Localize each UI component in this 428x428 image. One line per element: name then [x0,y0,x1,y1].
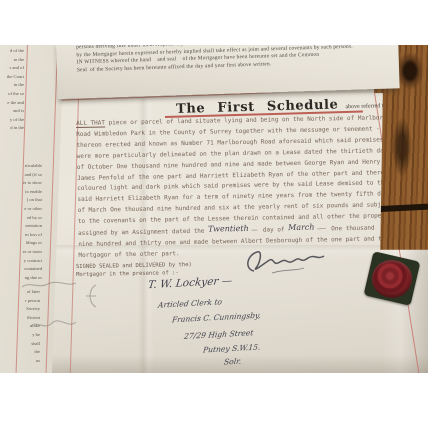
print-fragment: and (if so [0,171,42,180]
print-fragment: s and of [0,64,24,73]
print-fragment: in the [0,81,24,90]
print-fragment: e the and [0,99,24,108]
print-fragment: us [0,357,40,366]
witness-firm: Francis C. Cunningsby, [172,311,262,325]
date-line-pre: assigned by an Assignment dated the [78,228,208,237]
typed-schedule-body: ALL THAT piece or parcel of land situate… [76,113,427,262]
print-fragment: y contract [0,257,42,266]
attestation-clause: SIGNED SEALED and DELIVERED by the) Mort… [76,262,192,279]
ink-dash: —— [249,227,260,234]
schedule-opening-words: ALL THAT [76,119,105,128]
print-fragment: rticulable [0,162,42,171]
print-fragment: to the [0,56,24,65]
print-fragment: e or other [0,205,42,214]
ink-dash: ——— [314,225,327,232]
print-fragment: shall [0,340,40,349]
print-fragment: and is [0,107,24,116]
witness-occupation: Solr. [223,357,242,367]
pencil-bracket [84,283,100,309]
witness-role: Articled Clerk to [157,297,222,309]
print-fragment: d of the [0,47,24,56]
printed-fragments-upper: d of theto thes and ofthe Courtin theof … [0,47,24,133]
print-fragment: ed by or [0,214,42,223]
printed-clause: 14. In this Deed where thepersons derivi… [76,45,399,74]
red-wax-seal [372,260,412,298]
print-fragment: ldings or [0,239,42,248]
print-fragment: to enable [0,188,42,197]
print-fragment: d in the [0,124,24,133]
print-fragment: m loss of [0,231,42,240]
schedule-title-suffix: above referred to. [345,103,388,110]
witness-address-line1: 27/29 High Street [183,328,253,341]
print-fragment: y of the [0,116,24,125]
print-fragment: ) on that [0,196,42,205]
date-line-mid: day of [259,226,288,234]
print-fragment: sentation [0,222,42,231]
pencil-scribble [26,313,80,335]
print-fragment: of the so [0,90,24,99]
handwritten-month: March [288,223,315,232]
table-plank-gap [374,204,428,213]
folded-top-section: 14. In this Deed where thepersons derivi… [56,45,400,99]
witness-address-line2: Putney S.W.15. [202,342,260,354]
print-fragment: the Court [0,73,24,82]
photograph: d of theto thes and ofthe Courtin theof … [0,45,428,373]
print-fragment: contained [0,265,42,274]
pencil-scribble [18,275,80,293]
print-fragment: er to show [0,179,42,188]
print-fragment: the [0,348,40,357]
mortgagor-signature-scrawl [238,243,330,279]
print-fragment: es or taxes [0,248,42,257]
schedule-lines-a: Road Wimbledon Park in the County of Sur… [76,124,426,229]
photo-listing-canvas: d of theto thes and ofthe Courtin theof … [0,0,428,428]
print-fragment: r person [0,297,40,306]
printed-fragments-middle: rticulableand (if soer to showto enable)… [0,162,42,282]
deed-page: The First Scheduleabove referred to. ALL… [52,93,428,373]
handwritten-day: Twentieth [208,224,249,234]
date-line-post: One thousand [328,225,375,233]
